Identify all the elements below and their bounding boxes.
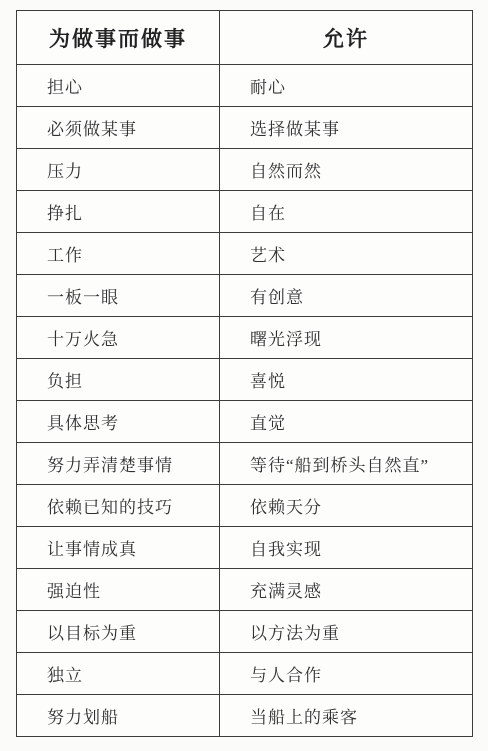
cell-right: 直觉 bbox=[220, 401, 473, 443]
cell-right: 曙光浮现 bbox=[220, 317, 473, 359]
header-cell-left: 为做事而做事 bbox=[17, 11, 220, 65]
cell-left: 独立 bbox=[17, 653, 220, 695]
cell-right: 有创意 bbox=[220, 275, 473, 317]
table-row: 压力 自然而然 bbox=[17, 149, 473, 191]
cell-left: 挣扎 bbox=[17, 191, 220, 233]
table-row: 强迫性 充满灵感 bbox=[17, 569, 473, 611]
cell-right: 充满灵感 bbox=[220, 569, 473, 611]
cell-left: 努力弄清楚事情 bbox=[17, 443, 220, 485]
cell-left: 具体思考 bbox=[17, 401, 220, 443]
comparison-table: 为做事而做事 允许 担心 耐心 必须做某事 选择做某事 压力 自然而然 挣扎 自… bbox=[16, 10, 473, 737]
cell-left: 努力划船 bbox=[17, 695, 220, 737]
cell-left: 一板一眼 bbox=[17, 275, 220, 317]
table-row: 工作 艺术 bbox=[17, 233, 473, 275]
cell-left: 以目标为重 bbox=[17, 611, 220, 653]
table-row: 努力弄清楚事情 等待“船到桥头自然直” bbox=[17, 443, 473, 485]
cell-right: 以方法为重 bbox=[220, 611, 473, 653]
cell-right: 自在 bbox=[220, 191, 473, 233]
cell-left: 强迫性 bbox=[17, 569, 220, 611]
table-row: 独立 与人合作 bbox=[17, 653, 473, 695]
table-row: 担心 耐心 bbox=[17, 65, 473, 107]
cell-right: 喜悦 bbox=[220, 359, 473, 401]
cell-left: 十万火急 bbox=[17, 317, 220, 359]
table-row: 努力划船 当船上的乘客 bbox=[17, 695, 473, 737]
table-row: 十万火急 曙光浮现 bbox=[17, 317, 473, 359]
table-row: 让事情成真 自我实现 bbox=[17, 527, 473, 569]
table-row: 必须做某事 选择做某事 bbox=[17, 107, 473, 149]
cell-right: 当船上的乘客 bbox=[220, 695, 473, 737]
cell-right: 与人合作 bbox=[220, 653, 473, 695]
table-row: 挣扎 自在 bbox=[17, 191, 473, 233]
table-row: 负担 喜悦 bbox=[17, 359, 473, 401]
cell-left: 让事情成真 bbox=[17, 527, 220, 569]
scanned-page: 为做事而做事 允许 担心 耐心 必须做某事 选择做某事 压力 自然而然 挣扎 自… bbox=[16, 10, 472, 737]
cell-right: 选择做某事 bbox=[220, 107, 473, 149]
cell-left: 负担 bbox=[17, 359, 220, 401]
cell-left: 担心 bbox=[17, 65, 220, 107]
cell-left: 压力 bbox=[17, 149, 220, 191]
header-cell-right: 允许 bbox=[220, 11, 473, 65]
cell-right: 耐心 bbox=[220, 65, 473, 107]
cell-left: 工作 bbox=[17, 233, 220, 275]
table-header-row: 为做事而做事 允许 bbox=[17, 11, 473, 65]
cell-left: 必须做某事 bbox=[17, 107, 220, 149]
cell-right: 艺术 bbox=[220, 233, 473, 275]
cell-right: 依赖天分 bbox=[220, 485, 473, 527]
cell-left: 依赖已知的技巧 bbox=[17, 485, 220, 527]
table-row: 具体思考 直觉 bbox=[17, 401, 473, 443]
cell-right: 等待“船到桥头自然直” bbox=[220, 443, 473, 485]
cell-right: 自然而然 bbox=[220, 149, 473, 191]
cell-right: 自我实现 bbox=[220, 527, 473, 569]
table-row: 依赖已知的技巧 依赖天分 bbox=[17, 485, 473, 527]
table-row: 以目标为重 以方法为重 bbox=[17, 611, 473, 653]
table-row: 一板一眼 有创意 bbox=[17, 275, 473, 317]
